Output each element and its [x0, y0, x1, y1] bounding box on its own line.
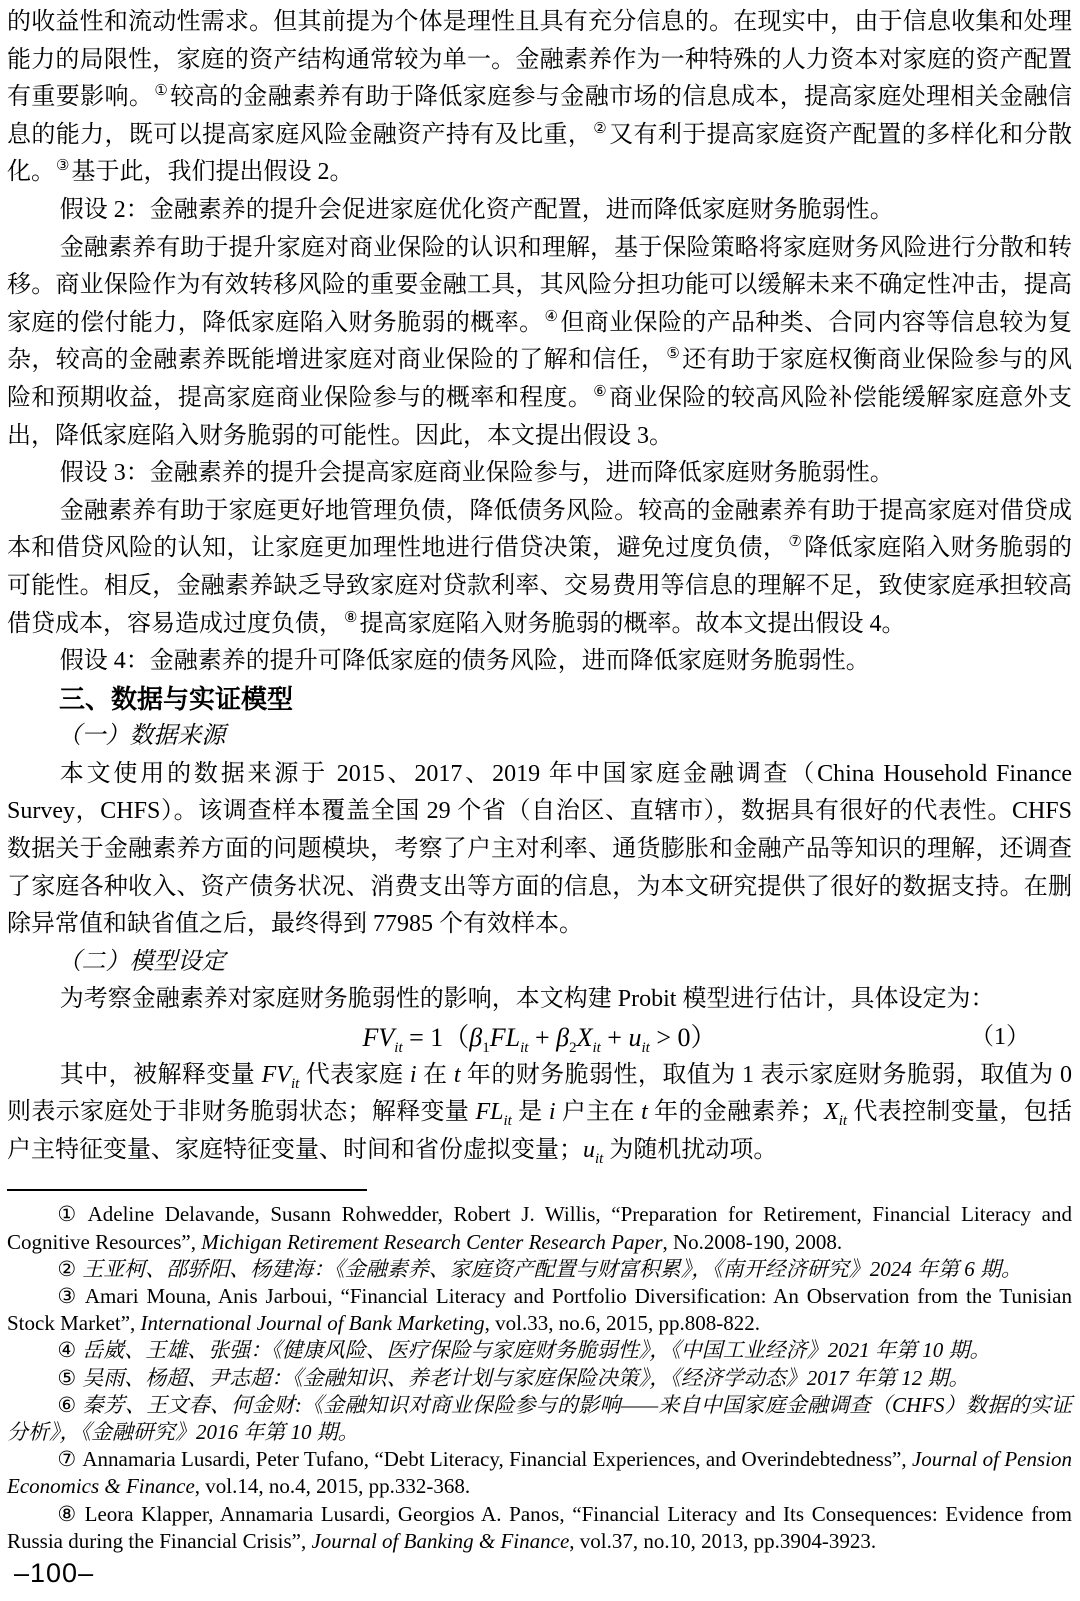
subsection-model-setup: （二）模型设定 [7, 944, 1072, 982]
document-page: 的收益性和流动性需求。但其前提为个体是理性且具有充分信息的。在现实中，由于信息收… [0, 0, 1080, 1601]
footnote-reference: ④ [543, 309, 560, 325]
footnote-marker: ⑤ [57, 1366, 82, 1390]
probit-model-formula: FVit = 1（β1FLit + β2Xit + uit > 0）（1） [7, 1019, 1072, 1057]
footnote: ⑧Leora Klapper, Annamaria Lusardi, Georg… [7, 1501, 1072, 1555]
footnote-marker: ④ [57, 1338, 82, 1362]
footnote: ⑤吴雨、杨超、尹志超：《金融知识、养老计划与家庭保险决策》，《经济学动态》201… [7, 1365, 1072, 1392]
body-text: 的收益性和流动性需求。但其前提为个体是理性且具有充分信息的。在现实中，由于信息收… [7, 4, 1072, 1169]
footnote-reference: ② [592, 121, 609, 137]
footnote: ④岳崴、王雄、张强：《健康风险、医疗保险与家庭财务脆弱性》，《中国工业经济》20… [7, 1337, 1072, 1364]
paragraph-data-source: 本文使用的数据来源于 2015、2017、2019 年中国家庭金融调查（Chin… [7, 756, 1072, 944]
footnote-reference: ⑧ [343, 610, 359, 626]
footnote-marker: ⑥ [57, 1393, 82, 1417]
footnote-reference: ⑦ [787, 534, 804, 550]
subsection-data-source: （一）数据来源 [7, 718, 1072, 756]
section-heading-data-model: 三、数据与实证模型 [7, 681, 1072, 719]
page-number: –100– [14, 1558, 94, 1589]
footnote-divider [7, 1189, 367, 1191]
formula-expression: FVit = 1（β1FLit + β2Xit + uit > 0） [363, 1023, 717, 1052]
footnote: ①Adeline Delavande, Susann Rohwedder, Ro… [7, 1201, 1072, 1255]
formula-number: （1） [970, 1019, 1030, 1057]
paragraph-model-intro: 为考察金融素养对家庭财务脆弱性的影响，本文构建 Probit 模型进行估计，具体… [7, 981, 1072, 1019]
footnote: ②王亚柯、邵骄阳、杨建海：《金融素养、家庭资产配置与财富积累》，《南开经济研究》… [7, 1256, 1072, 1283]
footnote-reference: ③ [55, 158, 71, 174]
footnote-marker: ⑧ [57, 1502, 84, 1526]
footnote-marker: ⑦ [57, 1447, 82, 1471]
hypothesis-4: 假设 4：金融素养的提升可降低家庭的债务风险，进而降低家庭财务脆弱性。 [7, 643, 1072, 681]
footnote-reference: ① [153, 83, 170, 99]
footnote: ③Amari Mouna, Anis Jarboui, “Financial L… [7, 1283, 1072, 1337]
hypothesis-3: 假设 3：金融素养的提升会提高家庭商业保险参与，进而降低家庭财务脆弱性。 [7, 455, 1072, 493]
footnote: ⑥秦芳、王文春、何金财:《金融知识对商业保险参与的影响——来自中国家庭金融调查（… [7, 1392, 1072, 1446]
paragraph-debt: 金融素养有助于家庭更好地管理负债，降低债务风险。较高的金融素养有助于提高家庭对借… [7, 493, 1072, 643]
paragraph-insurance: 金融素养有助于提升家庭对商业保险的认识和理解，基于保险策略将家庭财务风险进行分散… [7, 230, 1072, 456]
paragraph-variable-definitions: 其中，被解释变量 FVit 代表家庭 i 在 t 年的财务脆弱性，取值为 1 表… [7, 1057, 1072, 1170]
footnote-marker: ① [57, 1202, 87, 1226]
hypothesis-2: 假设 2：金融素养的提升会促进家庭优化资产配置，进而降低家庭财务脆弱性。 [7, 192, 1072, 230]
footnote-marker: ② [57, 1257, 82, 1281]
footnotes: ①Adeline Delavande, Susann Rohwedder, Ro… [7, 1201, 1072, 1555]
footnote-marker: ③ [57, 1284, 85, 1308]
footnote-reference: ⑥ [592, 384, 609, 400]
paragraph-asset-allocation: 的收益性和流动性需求。但其前提为个体是理性且具有充分信息的。在现实中，由于信息收… [7, 4, 1072, 192]
footnote-reference: ⑤ [665, 346, 682, 362]
footnote: ⑦Annamaria Lusardi, Peter Tufano, “Debt … [7, 1446, 1072, 1500]
page-content: 的收益性和流动性需求。但其前提为个体是理性且具有充分信息的。在现实中，由于信息收… [0, 0, 1080, 1555]
